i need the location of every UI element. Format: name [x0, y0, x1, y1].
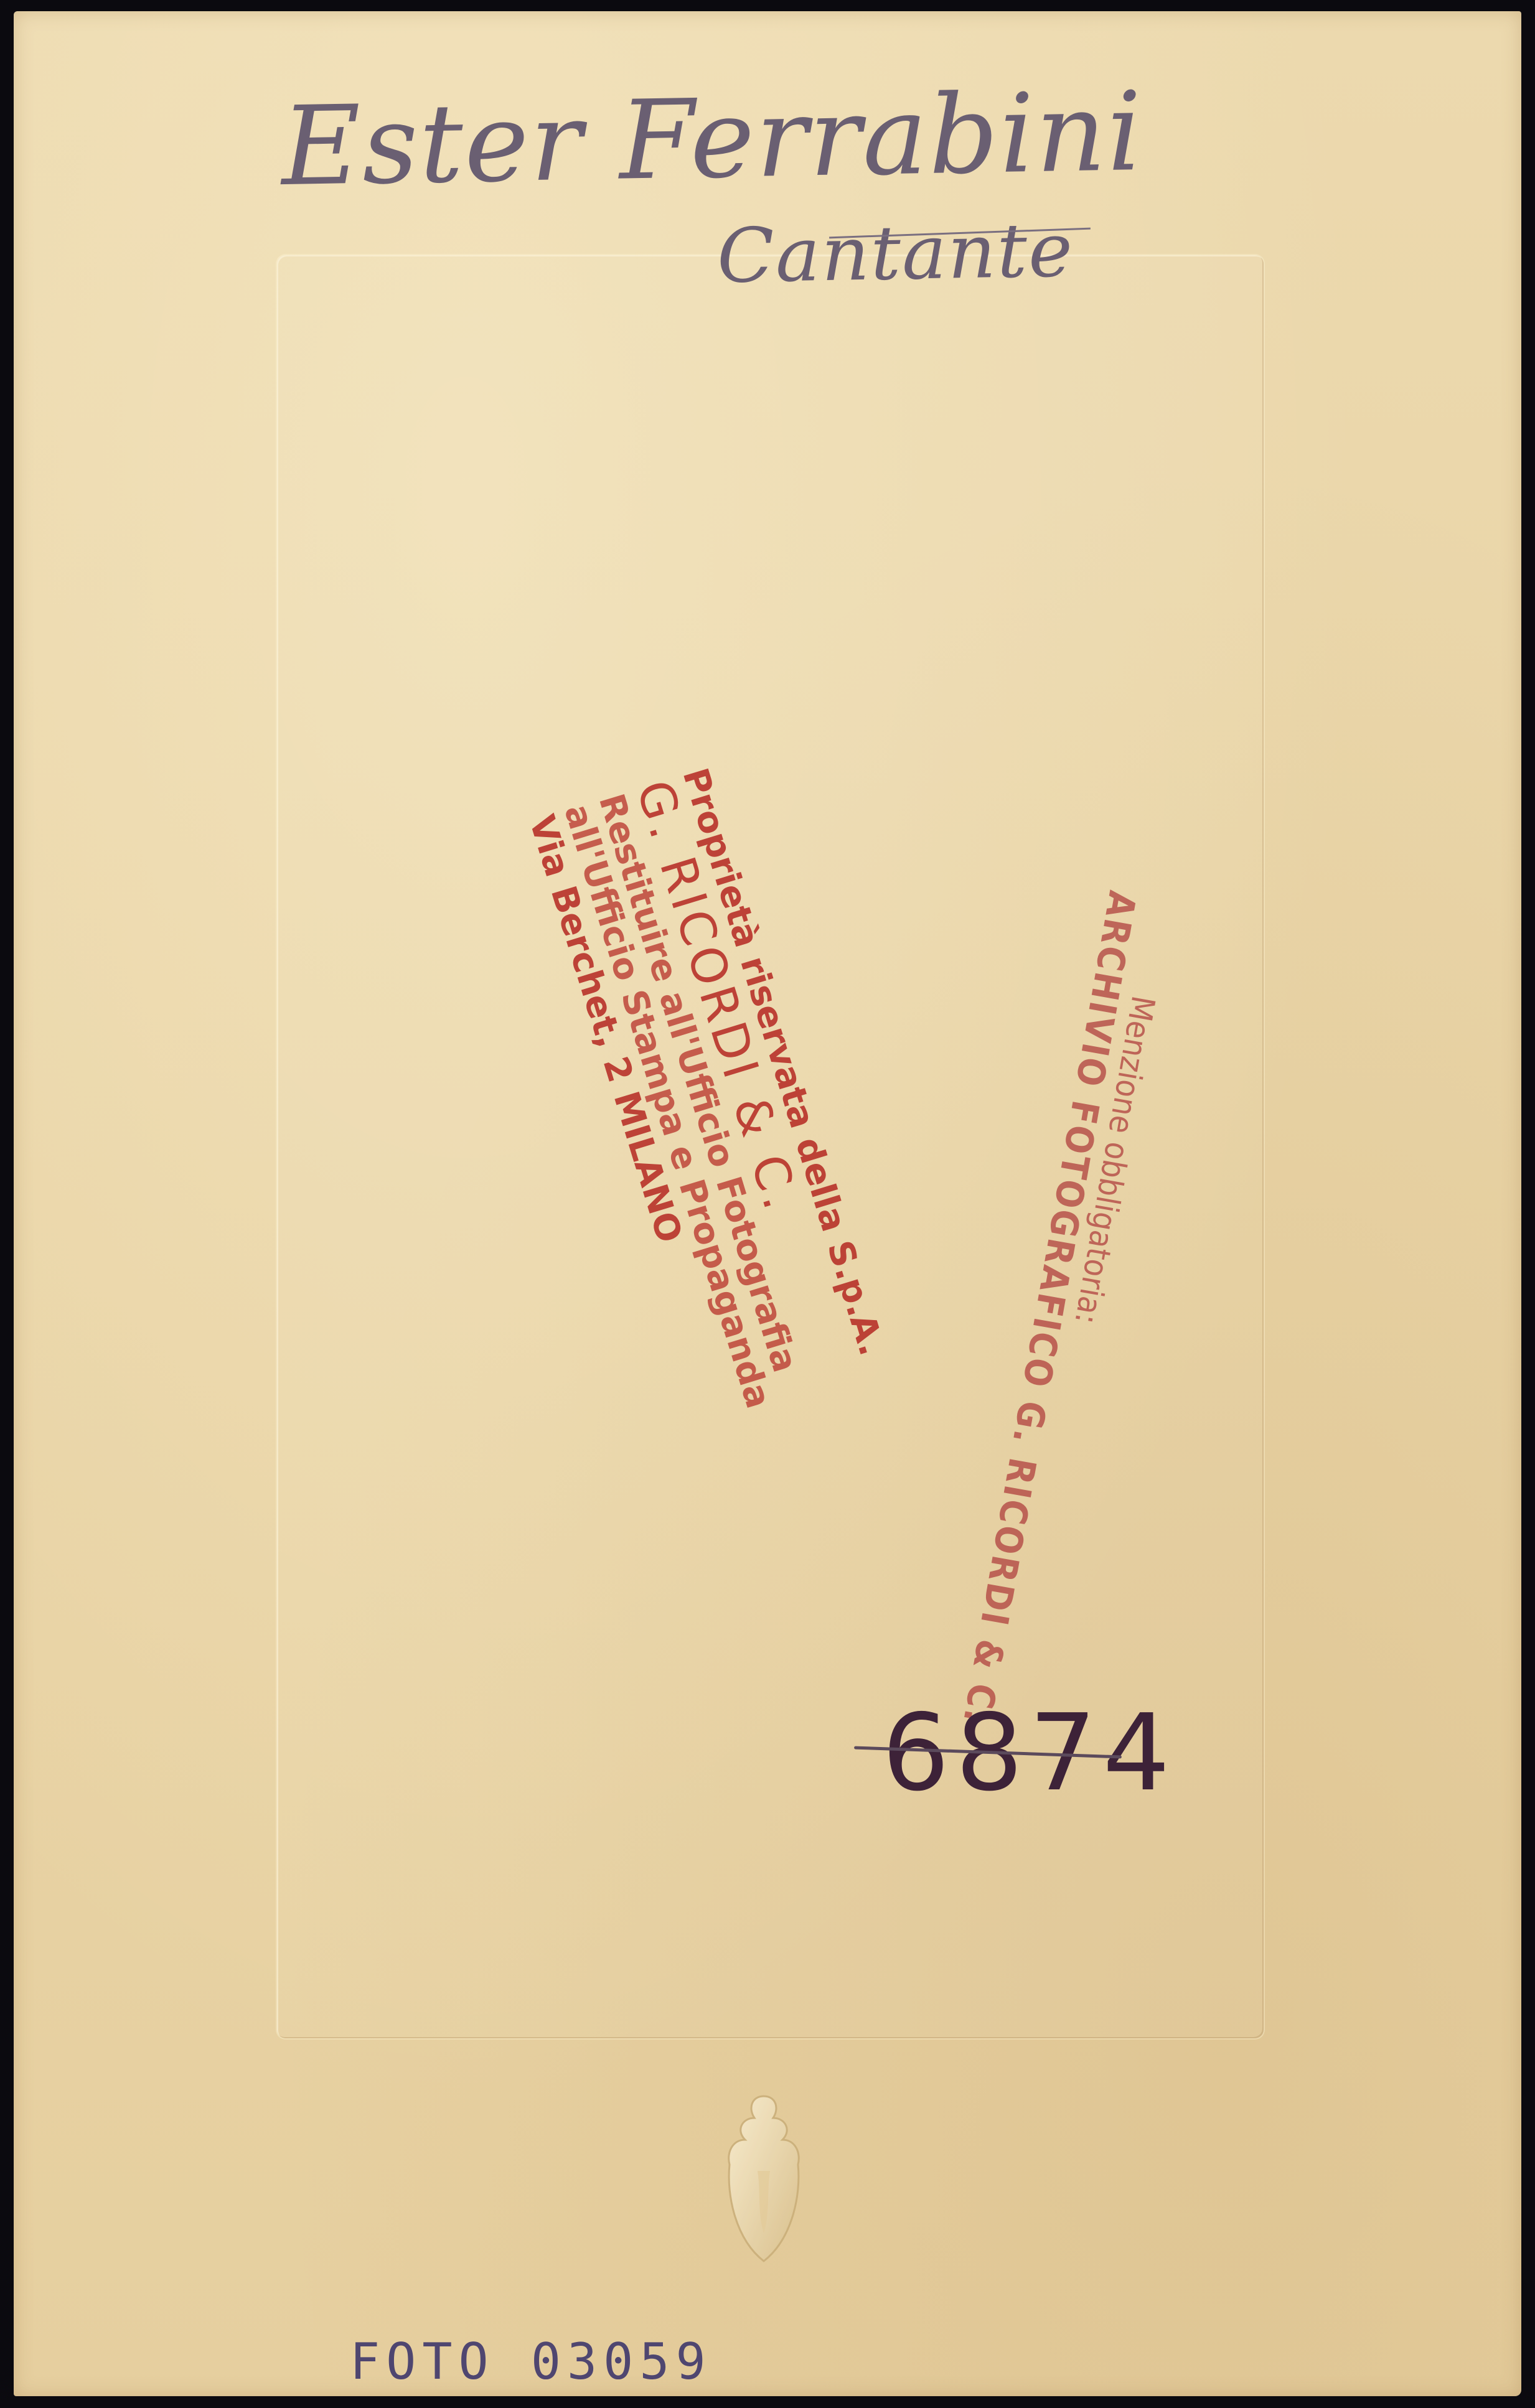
- handwritten-title: Cantante: [716, 207, 1074, 300]
- archive-id-label: FOTO 03059: [350, 2333, 712, 2391]
- photo-card-verso: Ester Ferrabini Cantante Proprietà riser…: [14, 11, 1521, 2396]
- embossed-crest-icon: [714, 2090, 814, 2270]
- handwritten-name: Ester Ferrabini: [280, 69, 1144, 210]
